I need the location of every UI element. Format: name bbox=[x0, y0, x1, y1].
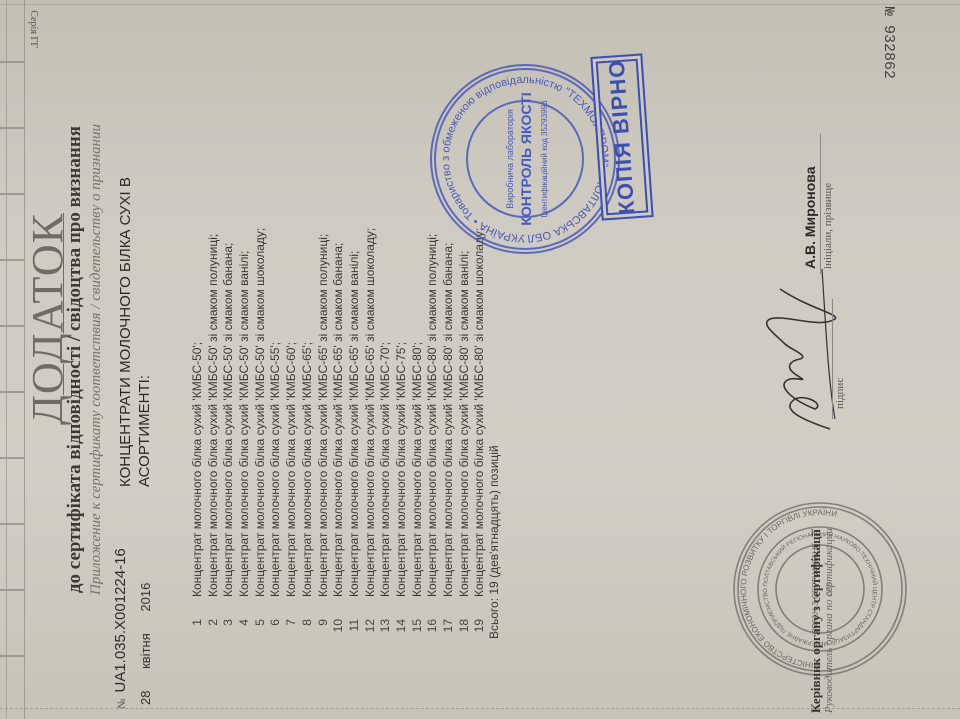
date-day: 28 bbox=[138, 691, 153, 705]
list-item-number: 14 bbox=[394, 597, 410, 659]
heading-line-2: АСОРТИМЕНТІ: bbox=[135, 67, 154, 487]
list-item-text: Концентрат молочного білка сухий 'КМБС-5… bbox=[268, 342, 284, 597]
list-item-number: 15 bbox=[410, 597, 426, 659]
list-item: 14Концентрат молочного білка сухий 'КМБС… bbox=[394, 139, 410, 659]
list-item-text: Концентрат молочного білка сухий 'КМБС-6… bbox=[300, 342, 316, 597]
list-item: 15Концентрат молочного білка сухий 'КМБС… bbox=[410, 139, 426, 659]
list-item-number: 2 bbox=[206, 597, 222, 659]
list-item-text: Концентрат молочного білка сухий 'КМБС-8… bbox=[410, 342, 426, 597]
list-item-text: Концентрат молочного білка сухий 'КМБС-5… bbox=[237, 251, 253, 597]
list-item-number: 7 bbox=[284, 597, 300, 659]
signatory-name: А.В. Миронова bbox=[802, 167, 818, 269]
list-item: 7Концентрат молочного білка сухий 'КМБС-… bbox=[284, 139, 300, 659]
list-item-text: Концентрат молочного білка сухий 'КМБС-6… bbox=[316, 234, 332, 597]
list-item-number: 1 bbox=[190, 597, 206, 659]
certificate-number-value: UA1.035.X001224-16 bbox=[112, 548, 129, 692]
list-item-text: Концентрат молочного білка сухий 'КМБС-5… bbox=[206, 234, 222, 597]
total-count: Всього: 19 (дев'ятнадцять) позицій bbox=[487, 445, 501, 639]
list-item: 10Концентрат молочного білка сухий 'КМБС… bbox=[331, 139, 347, 659]
svg-text:Виробнича лабораторія: Виробнича лабораторія bbox=[505, 109, 515, 209]
signatory-block: Керівник органу з сертифікації Руководит… bbox=[808, 0, 868, 719]
signature-label: підпис bbox=[834, 378, 846, 409]
product-heading: КОНЦЕНТРАТИ МОЛОЧНОГО БІЛКА СУХІ В АСОРТ… bbox=[116, 67, 154, 487]
list-item: 2Концентрат молочного білка сухий 'КМБС-… bbox=[206, 139, 222, 659]
list-item-text: Концентрат молочного білка сухий 'КМБС-5… bbox=[221, 243, 237, 597]
subtitle: до сертифіката відповідності / свідоцтва… bbox=[64, 0, 86, 719]
series-label: Серія ГГ bbox=[28, 10, 39, 48]
svg-text:Ідентифікаційний код 35293993: Ідентифікаційний код 35293993 bbox=[540, 100, 549, 218]
list-item: 1Концентрат молочного білка сухий 'КМБС-… bbox=[190, 139, 206, 659]
list-item-number: 4 bbox=[237, 597, 253, 659]
subtitle-ru: Приложение к сертификату соответствия / … bbox=[88, 0, 105, 719]
list-item: 12Концентрат молочного білка сухий 'КМБС… bbox=[363, 139, 379, 659]
signatory-name-label: ініціали, прізвище bbox=[822, 183, 834, 269]
list-item-number: 17 bbox=[441, 597, 457, 659]
signatory-title-ru: Руководитель органа по сертификации bbox=[823, 528, 835, 713]
list-item: 8Концентрат молочного білка сухий 'КМБС-… bbox=[300, 139, 316, 659]
list-item-number: 3 bbox=[221, 597, 237, 659]
list-item: 9Концентрат молочного білка сухий 'КМБС-… bbox=[316, 139, 332, 659]
list-item-text: Концентрат молочного білка сухий 'КМБС-6… bbox=[284, 342, 300, 597]
list-item-text: Концентрат молочного білка сухий 'КМБС-8… bbox=[472, 228, 488, 597]
name-line bbox=[820, 134, 821, 274]
list-item-text: Концентрат молочного білка сухий 'КМБС-5… bbox=[253, 228, 269, 597]
list-item-text: Концентрат молочного білка сухий 'КМБС-7… bbox=[378, 342, 394, 597]
list-item-text: Концентрат молочного білка сухий 'КМБС-6… bbox=[363, 228, 379, 597]
list-item-text: Концентрат молочного білка сухий 'КМБС-8… bbox=[457, 251, 473, 597]
list-item-number: 13 bbox=[378, 597, 394, 659]
list-item-text: Концентрат молочного білка сухий 'КМБС-7… bbox=[394, 342, 410, 597]
signature-line bbox=[832, 299, 833, 419]
heading-line-1: КОНЦЕНТРАТИ МОЛОЧНОГО БІЛКА СУХІ В bbox=[116, 67, 135, 487]
list-item-number: 9 bbox=[316, 597, 332, 659]
certificate-number: №UA1.035.X001224-16 bbox=[112, 548, 129, 709]
list-item-text: Концентрат молочного білка сухий 'КМБС-8… bbox=[425, 234, 441, 597]
list-item: 11Концентрат молочного білка сухий 'КМБС… bbox=[347, 139, 363, 659]
list-item-text: Концентрат молочного білка сухий 'КМБС-6… bbox=[331, 243, 347, 597]
signatory-title: Керівник органу з сертифікації bbox=[808, 529, 824, 713]
list-item-number: 11 bbox=[347, 597, 363, 659]
list-item-number: 6 bbox=[268, 597, 284, 659]
list-item: 13Концентрат молочного білка сухий 'КМБС… bbox=[378, 139, 394, 659]
list-item-number: 18 bbox=[457, 597, 473, 659]
list-item-number: 10 bbox=[331, 597, 347, 659]
list-item-text: Концентрат молочного білка сухий 'КМБС-5… bbox=[190, 342, 206, 597]
list-item-text: Концентрат молочного білка сухий 'КМБС-6… bbox=[347, 251, 363, 597]
date-month: квітня bbox=[138, 633, 153, 669]
list-item: 5Концентрат молочного білка сухий 'КМБС-… bbox=[253, 139, 269, 659]
list-item-number: 12 bbox=[363, 597, 379, 659]
svg-text:КОНТРОЛЬ ЯКОСТІ: КОНТРОЛЬ ЯКОСТІ bbox=[518, 92, 534, 225]
list-item: 6Концентрат молочного білка сухий 'КМБС-… bbox=[268, 139, 284, 659]
list-item-text: Концентрат молочного білка сухий 'КМБС-8… bbox=[441, 243, 457, 597]
list-item-number: 19 bbox=[472, 597, 488, 659]
certificate-annex-page: Серія ГГ ДОДАТОК до сертифіката відповід… bbox=[0, 0, 960, 719]
issue-date: 28 квітня 2016 bbox=[138, 565, 153, 705]
form-serial-number: № 932862 bbox=[880, 7, 897, 79]
list-item-number: 5 bbox=[253, 597, 269, 659]
date-year: 2016 bbox=[138, 583, 153, 612]
copy-certified-stamp: КОПІЯ ВІРНО bbox=[590, 53, 653, 220]
list-item: 3Концентрат молочного білка сухий 'КМБС-… bbox=[221, 139, 237, 659]
list-item-number: 16 bbox=[425, 597, 441, 659]
certificate-number-label: № bbox=[116, 699, 128, 710]
list-item: 4Концентрат молочного білка сухий 'КМБС-… bbox=[237, 139, 253, 659]
list-item-number: 8 bbox=[300, 597, 316, 659]
